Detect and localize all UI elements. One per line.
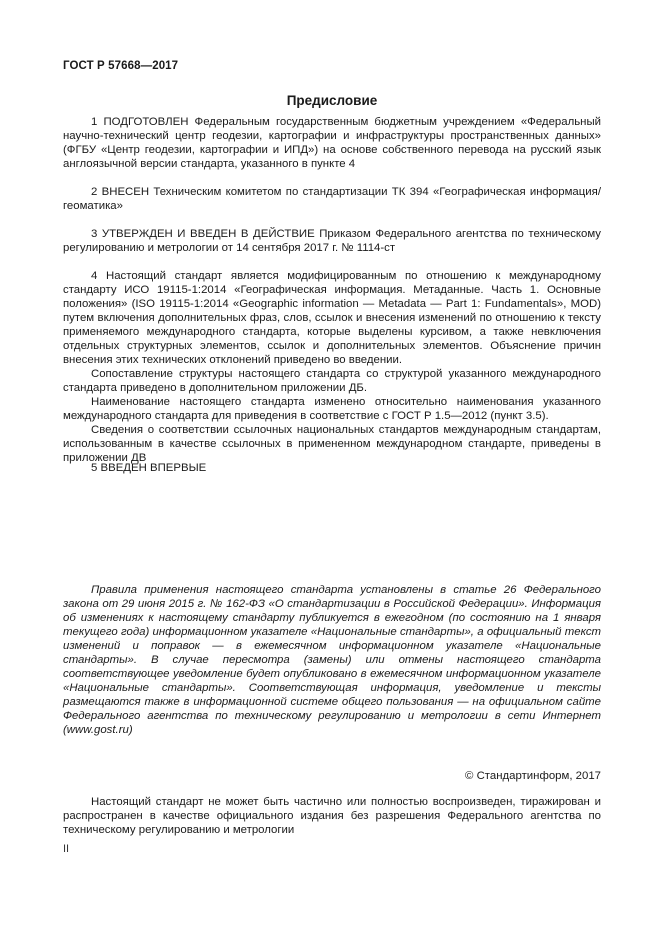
section-title: Предисловие — [63, 93, 601, 108]
item-1-prepared: 1 ПОДГОТОВЛЕН Федеральным государственны… — [63, 115, 601, 171]
paragraph: Наименование настоящего стандарта измене… — [63, 395, 601, 423]
paragraph: Сведения о соответствии ссылочных национ… — [63, 423, 601, 465]
paragraph: 1 ПОДГОТОВЛЕН Федеральным государственны… — [63, 115, 601, 171]
paragraph: Настоящий стандарт не может быть частичн… — [63, 795, 601, 837]
page-number: II — [63, 843, 69, 855]
paragraph: 2 ВНЕСЕН Техническим комитетом по станда… — [63, 185, 601, 213]
reproduction-notice: Настоящий стандарт не может быть частичн… — [63, 795, 601, 837]
document-code: ГОСТ Р 57668—2017 — [63, 60, 178, 72]
copyright: © Стандартинформ, 2017 — [63, 770, 601, 782]
paragraph: Правила применения настоящего стандарта … — [63, 583, 601, 737]
item-5-introduced: 5 ВВЕДЕН ВПЕРВЫЕ — [63, 461, 601, 475]
paragraph: 4 Настоящий стандарт является модифициро… — [63, 269, 601, 367]
item-2-submitted: 2 ВНЕСЕН Техническим комитетом по станда… — [63, 185, 601, 213]
application-rules-notice: Правила применения настоящего стандарта … — [63, 583, 601, 737]
item-3-approved: 3 УТВЕРЖДЕН И ВВЕДЕН В ДЕЙСТВИЕ Приказом… — [63, 227, 601, 255]
paragraph: 3 УТВЕРЖДЕН И ВВЕДЕН В ДЕЙСТВИЕ Приказом… — [63, 227, 601, 255]
item-4-modified: 4 Настоящий стандарт является модифициро… — [63, 269, 601, 465]
paragraph: Сопоставление структуры настоящего станд… — [63, 367, 601, 395]
paragraph: 5 ВВЕДЕН ВПЕРВЫЕ — [63, 461, 601, 475]
